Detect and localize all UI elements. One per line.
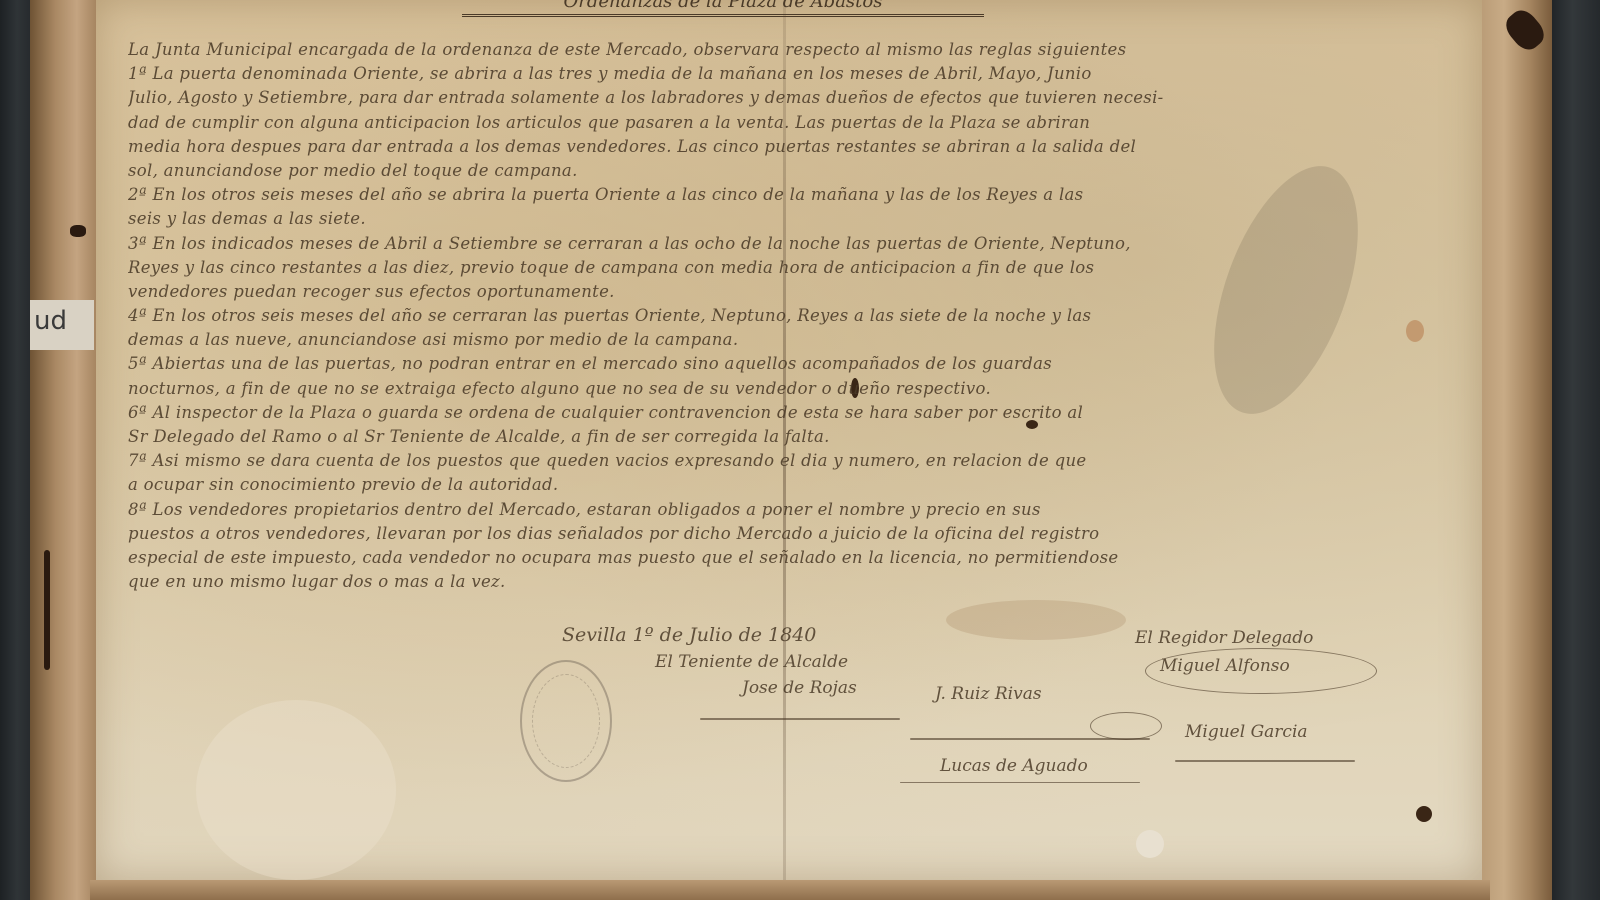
document-title: Ordenanzas de la Plaza de Abastos <box>462 0 984 17</box>
signature-underline <box>900 782 1140 783</box>
text-line: 7ª Asi mismo se dara cuenta de los puest… <box>128 449 1448 473</box>
text-line: 6ª Al inspector de la Plaza o guarda se … <box>128 401 1448 425</box>
paper-hole <box>1416 806 1432 822</box>
text-line: media hora despues para dar entrada a lo… <box>128 135 1448 159</box>
officer-title: El Teniente de Alcalde <box>655 652 848 672</box>
text-line: nocturnos, a fin de que no se extraiga e… <box>128 377 1448 401</box>
text-line: que en uno mismo lugar dos o mas a la ve… <box>128 570 1448 594</box>
tear-mark <box>70 225 86 237</box>
frame-label-fragment: ud <box>30 300 94 350</box>
text-line: especial de este impuesto, cada vendedor… <box>128 546 1448 570</box>
mat-bottom-edge <box>90 880 1490 900</box>
text-line: seis y las demas a las siete. <box>128 207 1448 231</box>
frame-left-edge <box>0 0 34 900</box>
text-line: vendedores puedan recoger sus efectos op… <box>128 280 1448 304</box>
text-line: 5ª Abiertas una de las puertas, no podra… <box>128 352 1448 376</box>
signature: Lucas de Aguado <box>940 756 1088 776</box>
signature-underline <box>700 718 900 720</box>
text-line: La Junta Municipal encargada de la orden… <box>128 38 1448 62</box>
officer-name: Jose de Rojas <box>742 678 857 698</box>
signature-underline <box>1175 760 1355 762</box>
light-stain <box>196 700 396 880</box>
text-line: sol, anunciandose por medio del toque de… <box>128 159 1448 183</box>
text-line: 2ª En los otros seis meses del año se ab… <box>128 183 1448 207</box>
ordinance-body: La Junta Municipal encargada de la orden… <box>128 38 1448 594</box>
text-line: puestos a otros vendedores, llevaran por… <box>128 522 1448 546</box>
place-date: Sevilla 1º de Julio de 1840 <box>562 624 816 646</box>
signature-underline <box>910 738 1150 740</box>
text-line: a ocupar sin conocimiento previo de la a… <box>128 473 1448 497</box>
signature-flourish <box>1145 648 1377 694</box>
text-line: Julio, Agosto y Setiembre, para dar entr… <box>128 86 1448 110</box>
mat-left-edge <box>30 0 102 900</box>
tear-mark <box>44 550 50 670</box>
mat-right-edge <box>1478 0 1552 900</box>
signature: Miguel Garcia <box>1185 722 1308 742</box>
text-line: 3ª En los indicados meses de Abril a Set… <box>128 232 1448 256</box>
signature: J. Ruiz Rivas <box>935 684 1042 704</box>
paper-hole <box>1136 830 1164 858</box>
text-line: 1ª La puerta denominada Oriente, se abri… <box>128 62 1448 86</box>
stain <box>946 600 1126 640</box>
text-line: Reyes y las cinco restantes a las diez, … <box>128 256 1448 280</box>
text-line: 8ª Los vendedores propietarios dentro de… <box>128 498 1448 522</box>
text-line: 4ª En los otros seis meses del año se ce… <box>128 304 1448 328</box>
delegate-title: El Regidor Delegado <box>1135 628 1313 648</box>
text-line: dad de cumplir con alguna anticipacion l… <box>128 111 1448 135</box>
signature-flourish <box>1090 712 1162 740</box>
text-line: Sr Delegado del Ramo o al Sr Teniente de… <box>128 425 1448 449</box>
official-seal-stamp <box>520 660 612 782</box>
text-line: demas a las nueve, anunciandose asi mism… <box>128 328 1448 352</box>
frame-right-edge <box>1550 0 1600 900</box>
